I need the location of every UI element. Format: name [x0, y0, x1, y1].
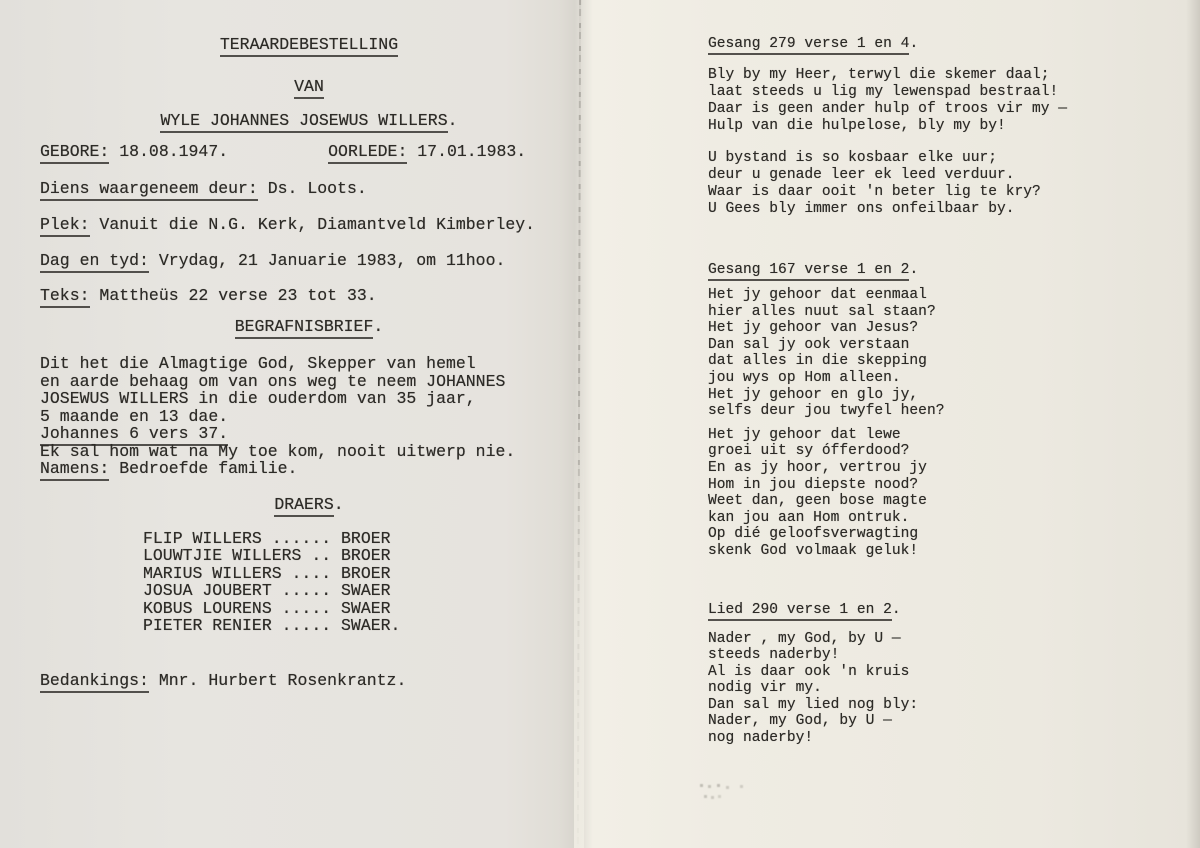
hymn-line: nog naderby!: [708, 730, 1200, 747]
hymn-line: Bly by my Heer, terwyl die skemer daal;: [708, 67, 1200, 84]
died-label: OORLEDE:: [328, 142, 407, 164]
deceased-name-row: WYLE JOHANNES JOSEWUS WILLERS.: [40, 112, 578, 130]
hymn-line: Het jy gehoor dat lewe: [708, 427, 1200, 444]
died-field: OORLEDE: 17.01.1983.: [328, 142, 526, 161]
bedankings-row: Bedankings: Mnr. Hurbert Rosenkrantz.: [40, 672, 578, 690]
scripture-text: Ek sal hom wat na My toe kom, nooit uitw…: [40, 443, 578, 461]
namens-label: Namens:: [40, 459, 109, 481]
hymn-line: Op dié geloofsverwagting: [708, 526, 1200, 543]
hymn3-heading-row: Lied 290 verse 1 en 2.: [708, 602, 1200, 619]
hymn-line: skenk God volmaak geluk!: [708, 543, 1200, 560]
draers-row: PIETER RENIER ..... SWAER.: [143, 617, 578, 635]
hymn1-stanza1: Bly by my Heer, terwyl die skemer daal; …: [708, 67, 1200, 135]
hymn-line: U Gees bly immer ons onfeilbaar by.: [708, 201, 1200, 218]
hymn1-heading-period: .: [909, 36, 918, 52]
begrafnisbrief-heading: BEGRAFNISBRIEF: [235, 317, 374, 339]
paper-edge-shadow: [1186, 0, 1200, 848]
hymn2-stanza1: Het jy gehoor dat eenmaal hier alles nuu…: [708, 287, 1200, 420]
field-teks-value: Mattheüs 22 verse 23 tot 33.: [90, 286, 377, 305]
doc-title: TERAARDEBESTELLING: [220, 35, 398, 57]
deceased-name: WYLE JOHANNES JOSEWUS WILLERS: [160, 111, 447, 133]
draers-heading-period: .: [334, 495, 344, 514]
hymn3-heading-period: .: [892, 602, 901, 618]
namens-row: Namens: Bedroefde familie.: [40, 460, 578, 478]
begrafnisbrief-heading-row: BEGRAFNISBRIEF.: [40, 318, 578, 336]
hymn-line: Dan sal my lied nog bly:: [708, 697, 1200, 714]
scan-smudge: [700, 784, 703, 787]
hymn-line: steeds naderby!: [708, 647, 1200, 664]
hymn-line: laat steeds u lig my lewenspad bestraal!: [708, 84, 1200, 101]
fold-crease-fade: [574, 0, 584, 848]
begrafnisbrief-line: 5 maande en 13 dae.: [40, 408, 578, 426]
begrafnisbrief-line: Dit het die Almagtige God, Skepper van h…: [40, 355, 578, 373]
hymn-line: selfs deur jou twyfel heen?: [708, 403, 1200, 420]
hymn-line: Dan sal jy ook verstaan: [708, 337, 1200, 354]
hymn-line: hier alles nuut sal staan?: [708, 304, 1200, 321]
born-died-row: GEBORE: 18.08.1947.OORLEDE: 17.01.1983.: [40, 143, 578, 161]
namens-value: Bedroefde familie.: [109, 459, 297, 478]
field-dag-label: Dag en tyd:: [40, 251, 149, 273]
born-label: GEBORE:: [40, 142, 109, 164]
hymn-line: Waar is daar ooit 'n beter lig te kry?: [708, 184, 1200, 201]
hymn-line: Al is daar ook 'n kruis: [708, 664, 1200, 681]
hymn-line: Hom in jou diepste nood?: [708, 477, 1200, 494]
born-value: 18.08.1947.: [109, 142, 228, 161]
doc-title-van-row: VAN: [40, 78, 578, 96]
field-plek: Plek: Vanuit die N.G. Kerk, Diamantveld …: [40, 216, 578, 234]
field-teks-label: Teks:: [40, 286, 90, 308]
field-plek-label: Plek:: [40, 215, 90, 237]
draers-list: FLIP WILLERS ...... BROER LOUWTJIE WILLE…: [143, 530, 578, 635]
hymn-line: Weet dan, geen bose magte: [708, 493, 1200, 510]
hymn-line: deur u genade leer ek leed verduur.: [708, 167, 1200, 184]
draers-heading-row: DRAERS.: [40, 496, 578, 514]
field-plek-value: Vanuit die N.G. Kerk, Diamantveld Kimber…: [90, 215, 536, 234]
hymn-line: groei uit sy ófferdood?: [708, 443, 1200, 460]
draers-heading: DRAERS: [274, 495, 333, 517]
hymn1-heading-row: Gesang 279 verse 1 en 4.: [708, 36, 1200, 53]
draers-row: JOSUA JOUBERT ..... SWAER: [143, 582, 578, 600]
doc-title-van: VAN: [294, 77, 324, 99]
bedankings-value: Mnr. Hurbert Rosenkrantz.: [149, 671, 406, 690]
page-right: Gesang 279 verse 1 en 4. Bly by my Heer,…: [588, 0, 1200, 848]
field-teks: Teks: Mattheüs 22 verse 23 tot 33.: [40, 287, 578, 305]
hymn2-stanza2: Het jy gehoor dat lewe groei uit sy óffe…: [708, 427, 1200, 560]
bedankings-label: Bedankings:: [40, 671, 149, 693]
hymn-line: En as jy hoor, vertrou jy: [708, 460, 1200, 477]
begrafnisbrief-heading-period: .: [373, 317, 383, 336]
draers-row: LOUWTJIE WILLERS .. BROER: [143, 547, 578, 565]
hymn-line: Hulp van die hulpelose, bly my by!: [708, 118, 1200, 135]
field-diens-value: Ds. Loots.: [258, 179, 367, 198]
hymn2-heading-period: .: [909, 262, 918, 278]
hymn1-stanza2: U bystand is so kosbaar elke uur; deur u…: [708, 150, 1200, 218]
field-diens-label: Diens waargeneem deur:: [40, 179, 258, 201]
draers-row: MARIUS WILLERS .... BROER: [143, 565, 578, 583]
hymn-line: Het jy gehoor en glo jy,: [708, 387, 1200, 404]
hymn-line: Daar is geen ander hulp of troos vir my …: [708, 101, 1200, 118]
doc-title-row: TERAARDEBESTELLING: [40, 36, 578, 54]
scanned-funeral-program: TERAARDEBESTELLING VAN WYLE JOHANNES JOS…: [0, 0, 1200, 848]
hymn-line: kan jou aan Hom ontruk.: [708, 510, 1200, 527]
born-field: GEBORE: 18.08.1947.: [40, 142, 228, 164]
field-dag-value: Vrydag, 21 Januarie 1983, om 11hoo.: [149, 251, 505, 270]
hymn1-heading: Gesang 279 verse 1 en 4: [708, 36, 909, 55]
hymn3-stanza1: Nader , my God, by U — steeds naderby! A…: [708, 631, 1200, 747]
deceased-name-period: .: [448, 111, 458, 130]
draers-row: KOBUS LOURENS ..... SWAER: [143, 600, 578, 618]
begrafnisbrief-line: en aarde behaag om van ons weg te neem J…: [40, 373, 578, 391]
draers-row: FLIP WILLERS ...... BROER: [143, 530, 578, 548]
hymn-line: dat alles in die skepping: [708, 353, 1200, 370]
field-diens: Diens waargeneem deur: Ds. Loots.: [40, 180, 578, 198]
hymn-line: Nader, my God, by U —: [708, 713, 1200, 730]
hymn-line: nodig vir my.: [708, 680, 1200, 697]
hymn2-heading-row: Gesang 167 verse 1 en 2.: [708, 262, 1200, 279]
hymn-line: U bystand is so kosbaar elke uur;: [708, 150, 1200, 167]
page-left-content: TERAARDEBESTELLING VAN WYLE JOHANNES JOS…: [40, 36, 578, 690]
field-dag-en-tyd: Dag en tyd: Vrydag, 21 Januarie 1983, om…: [40, 252, 578, 270]
scripture-ref-row: Johannes 6 vers 37.: [40, 425, 578, 443]
hymn-line: jou wys op Hom alleen.: [708, 370, 1200, 387]
page-left: TERAARDEBESTELLING VAN WYLE JOHANNES JOS…: [0, 0, 578, 848]
begrafnisbrief-line: JOSEWUS WILLERS in die ouderdom van 35 j…: [40, 390, 578, 408]
hymn2-heading: Gesang 167 verse 1 en 2: [708, 262, 909, 281]
died-value: 17.01.1983.: [407, 142, 526, 161]
hymn-line: Het jy gehoor dat eenmaal: [708, 287, 1200, 304]
begrafnisbrief-body: Dit het die Almagtige God, Skepper van h…: [40, 355, 578, 478]
hymn3-heading: Lied 290 verse 1 en 2: [708, 602, 892, 621]
hymn-line: Het jy gehoor van Jesus?: [708, 320, 1200, 337]
hymn-line: Nader , my God, by U —: [708, 631, 1200, 648]
